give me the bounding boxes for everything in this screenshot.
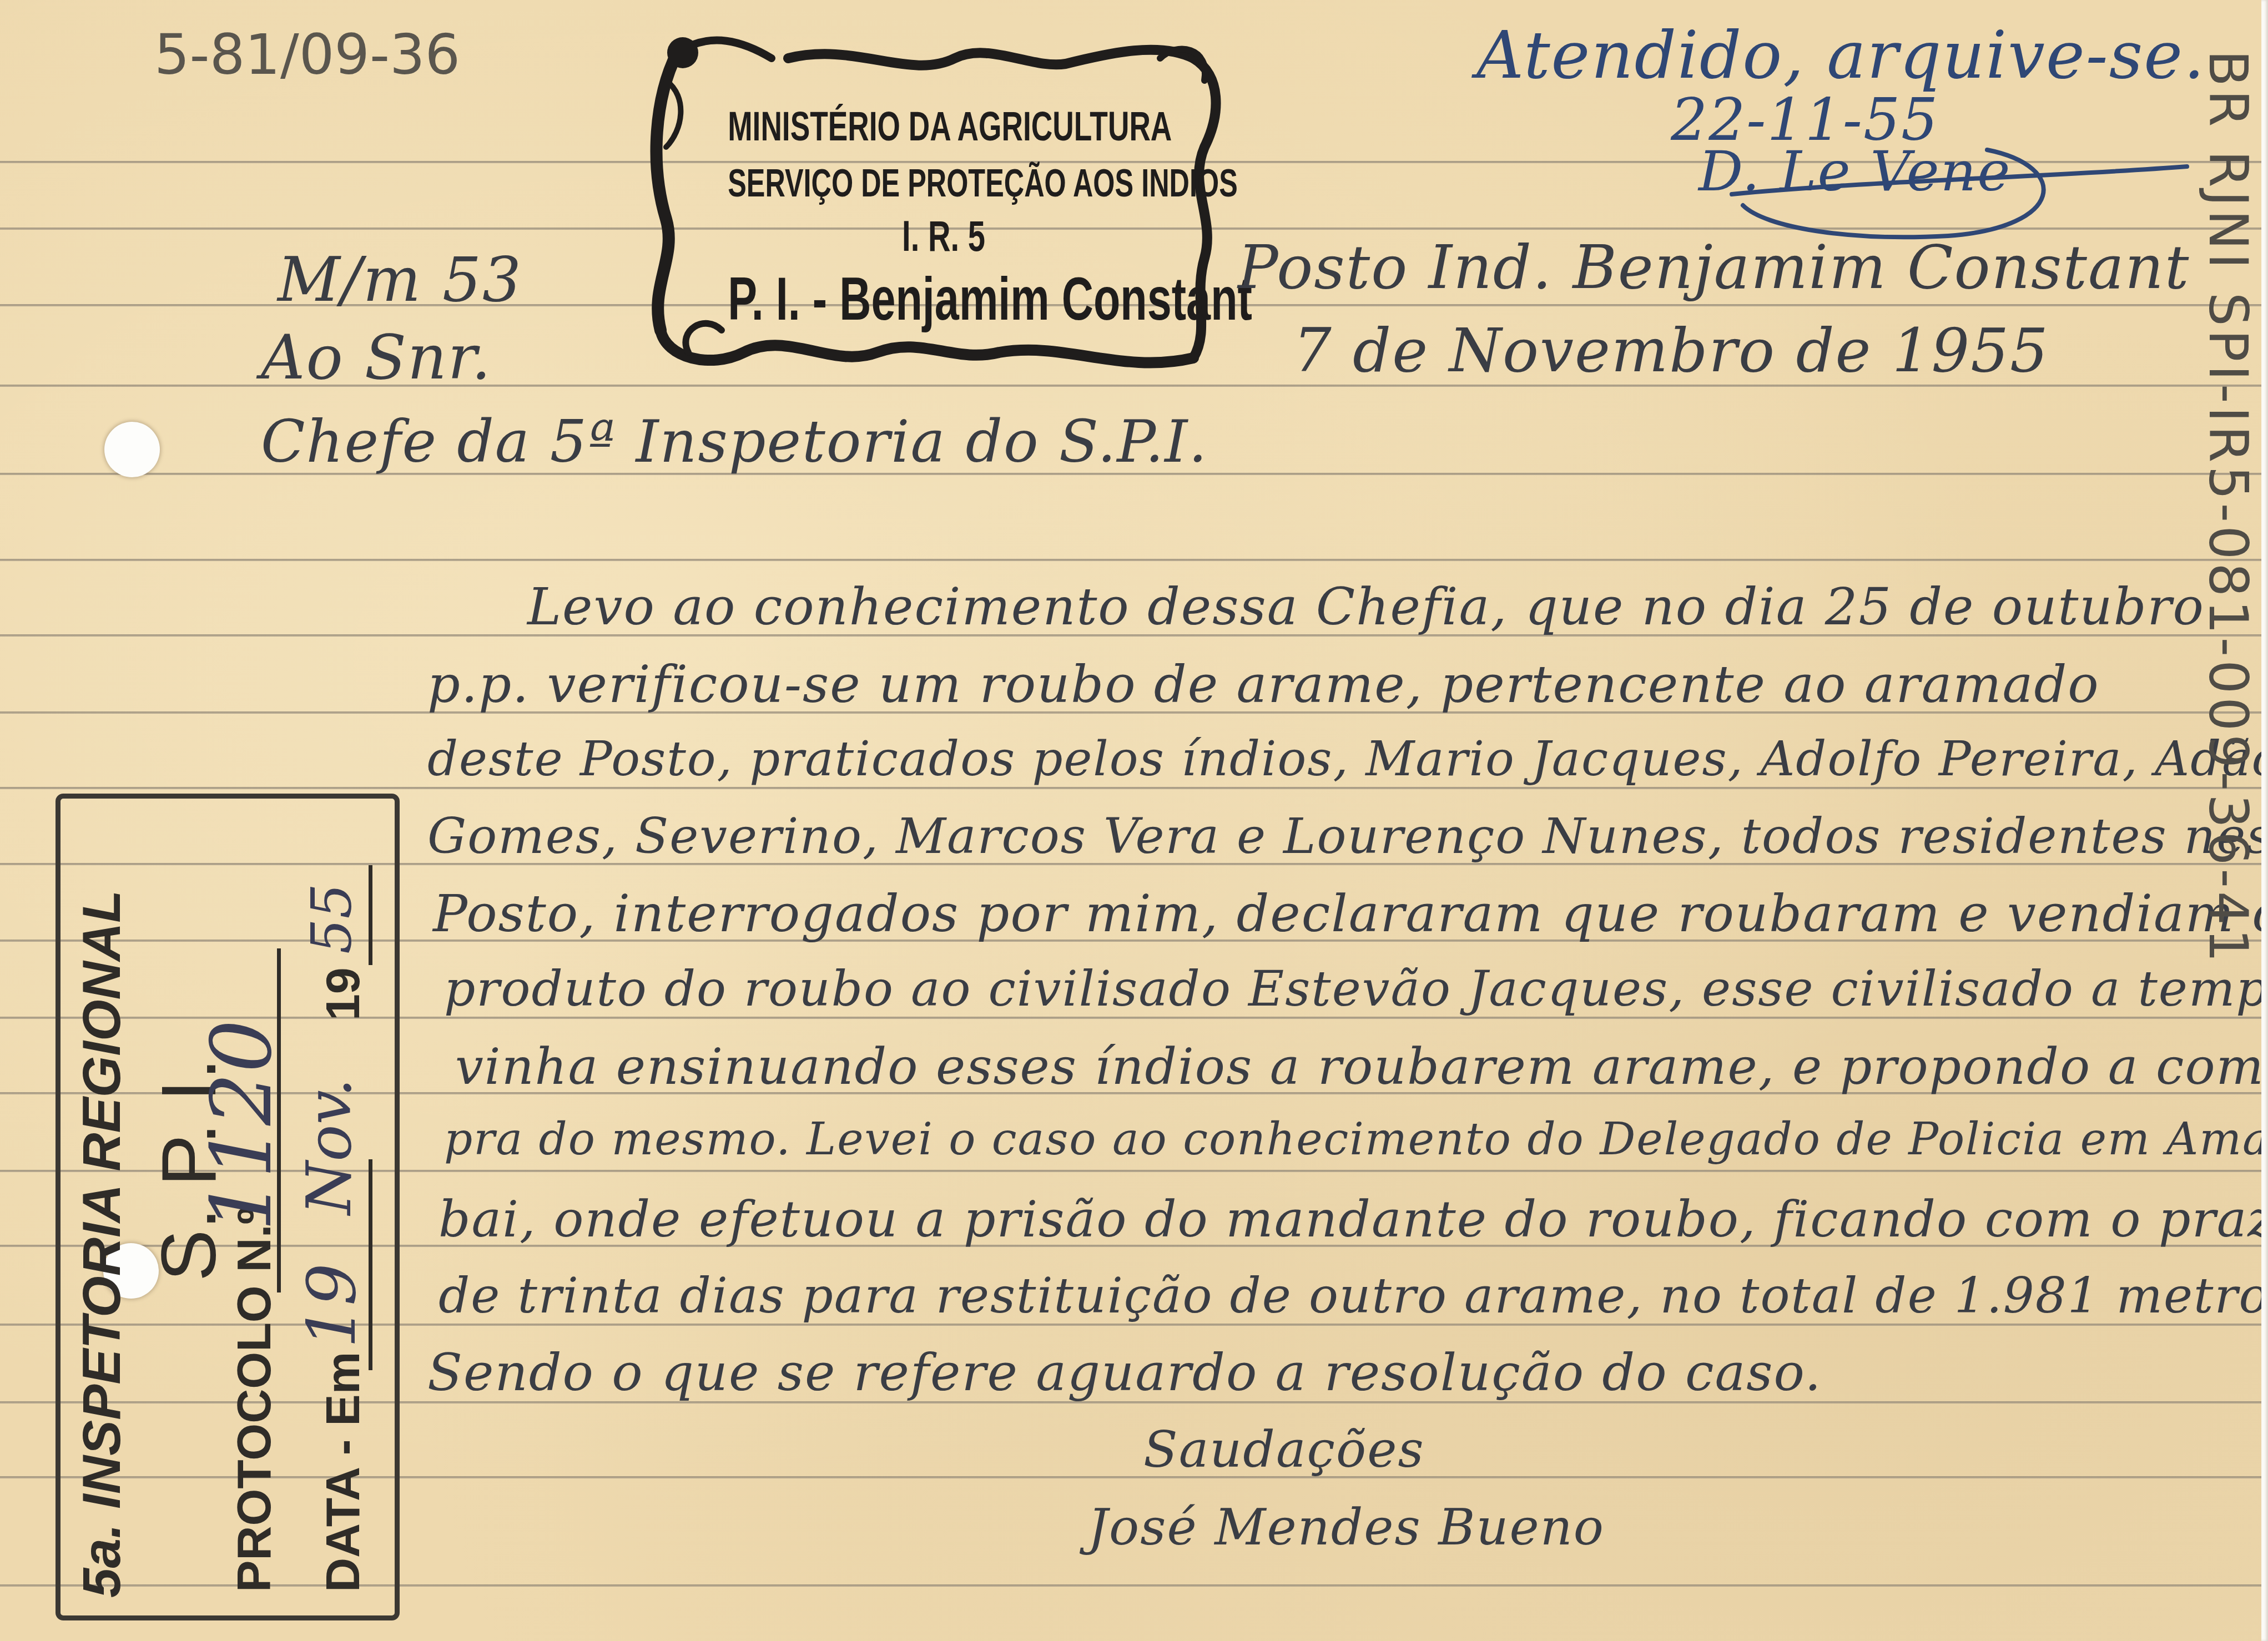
stamp-post-line: P. I. - Benjamim Constant: [728, 264, 1160, 334]
body-line: p.p. verificou-se um roubo de arame, per…: [427, 655, 2100, 714]
page-edge: [2261, 0, 2268, 1641]
protocol-stamp: 5a. INSPETORIA REGIONAL S. P. I. PROTOCO…: [56, 794, 400, 1620]
archive-reference-number: 5-81/09-36: [154, 22, 460, 87]
right-margin-reference: BR RJNI SPI-IR5-081-009-36-41: [2198, 50, 2261, 827]
ruled-line: [0, 559, 2261, 561]
body-line: Posto, interrogados por mim, declararam …: [433, 884, 2261, 943]
document-page: 5-81/09-36 MINISTÉRIO DA AGRICULTURA SER…: [0, 0, 2261, 1641]
signature: José Mendes Bueno: [1088, 1498, 1605, 1557]
closing-greeting: Saudações: [1143, 1421, 1425, 1479]
protocol-number-value: 1120: [194, 1019, 290, 1231]
stamp-ministry-line: MINISTÉRIO DA AGRICULTURA: [728, 103, 1160, 150]
memo-number: M/m 53: [278, 244, 522, 315]
protocol-date-month: Nov.: [294, 1078, 365, 1215]
body-line: deste Posto, praticados pelos índios, Ma…: [427, 731, 2261, 787]
body-line: produto do roubo ao civilisado Estevão J…: [444, 960, 2261, 1017]
body-line: bai, onde efetuou a prisão do mandante d…: [439, 1190, 2261, 1249]
protocol-year-field: [369, 865, 372, 965]
protocol-year-suffix: 55: [299, 883, 364, 954]
recipient: Chefe da 5ª Inspetoria do S.P.I.: [261, 408, 1208, 476]
stamp-service-line: SERVIÇO DE PROTEÇÃO AOS INDIOS: [728, 161, 1160, 205]
letterhead-stamp: MINISTÉRIO DA AGRICULTURA SERVIÇO DE PRO…: [644, 19, 1243, 380]
protocol-date-label: DATA - Em: [316, 1352, 371, 1592]
protocol-number-label: PROTOCOLO N.º: [227, 1207, 282, 1592]
body-line: pra do mesmo. Levei o caso ao conhecimen…: [444, 1113, 2261, 1165]
protocol-stamp-content: 5a. INSPETORIA REGIONAL S. P. I. PROTOCO…: [61, 799, 394, 1614]
body-line: Gomes, Severino, Marcos Vera e Lourenço …: [427, 807, 2261, 865]
signature-flourish-icon: [1710, 133, 2209, 244]
right-margin-reference-text: BR RJNI SPI-IR5-081-009-36-41: [2197, 50, 2259, 966]
salutation: Ao Snr.: [261, 322, 492, 393]
approval-note: Atendido, arquive-se.: [1476, 17, 2206, 93]
ruled-line: [0, 787, 2261, 789]
protocol-title: 5a. INSPETORIA REGIONAL: [72, 890, 133, 1598]
protocol-date-day: 19: [294, 1263, 371, 1348]
body-line: vinha ensinuando esses índios a roubarem…: [455, 1038, 2261, 1096]
body-line: Levo ao conhecimento dessa Chefia, que n…: [527, 577, 2205, 637]
body-line: de trinta dias para restituição de outro…: [439, 1267, 2261, 1324]
letter-date: 7 de Novembro de 1955: [1293, 316, 2049, 386]
punch-hole: [104, 422, 160, 477]
stamp-ir-line: I. R. 5: [728, 211, 1160, 261]
body-line: Sendo o que se refere aguardo a resoluçã…: [427, 1343, 1822, 1402]
protocol-year-prefix: 19: [316, 967, 371, 1021]
origin-place: Posto Ind. Benjamim Constant: [1238, 233, 2190, 302]
protocol-title-text: 5a. INSPETORIA REGIONAL: [72, 890, 132, 1598]
